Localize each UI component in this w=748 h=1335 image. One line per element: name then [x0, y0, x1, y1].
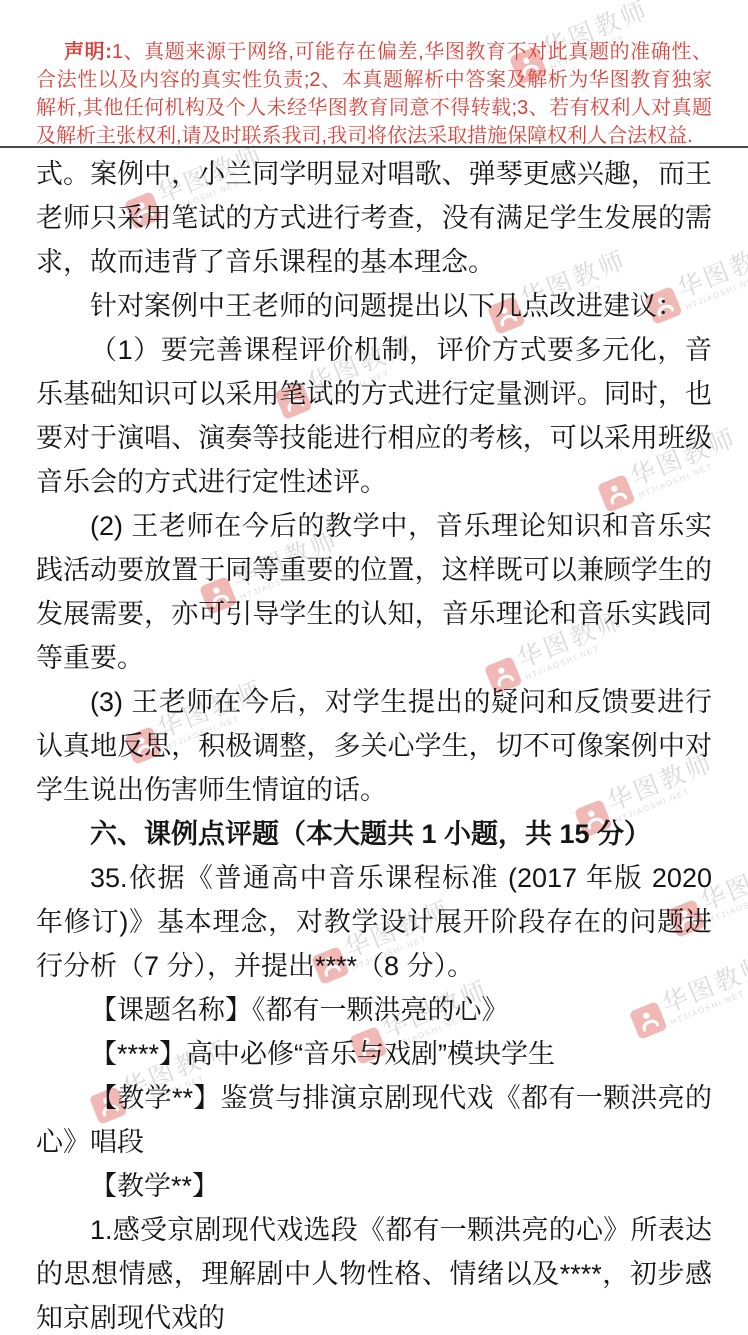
paragraph-lesson-title: 【课题名称】《都有一颗洪亮的心》: [36, 988, 712, 1032]
paragraph-case-analysis: 式。案例中，小兰同学明显对唱歌、弹琴更感兴趣，而王老师只采用笔试的方式进行考查，…: [36, 152, 712, 284]
divider-line: [0, 146, 748, 148]
watermark-subtext: HTJIAOSHI.NET: [707, 876, 748, 925]
paragraph-teaching-label: 【教学**】: [36, 1164, 712, 1208]
paragraph-suggestion-3: (3) 王老师在今后，对学生提出的疑问和反馈要进行认真地反思，积极调整，多关心学…: [36, 680, 712, 812]
paragraph-suggestion-2: (2) 王老师在今后的教学中，音乐理论知识和音乐实践活动要放置于同等重要的位置，…: [36, 504, 712, 680]
paragraph-suggestions-intro: 针对案例中王老师的问题提出以下几点改进建议：: [36, 284, 712, 328]
paragraph-question-35: 35.依据《普通高中音乐课程标准 (2017 年版 2020 年修订)》基本理念…: [36, 856, 712, 988]
paragraph-objective-1: 1.感受京剧现代戏选段《都有一颗洪亮的心》所表达的思想情感，理解剧中人物性格、情…: [36, 1208, 712, 1335]
disclaimer-label: 声明:: [64, 41, 112, 63]
disclaimer-text: 1、真题来源于网络,可能存在偏差,华图教育不对此真题的准确性、合法性以及内容的真…: [36, 41, 712, 147]
paragraph-teaching-content: 【教学**】鉴赏与排演京剧现代戏《都有一颗洪亮的心》唱段: [36, 1076, 712, 1164]
section-heading: 六、课例点评题（本大题共 1 小题，共 15 分）: [36, 812, 712, 856]
document-body: 式。案例中，小兰同学明显对唱歌、弹琴更感兴趣，而王老师只采用笔试的方式进行考查，…: [36, 152, 712, 1335]
document-page: 华图教师 HTJIAOSHI.NET 华图教师 HTJIAOSHI.NET: [0, 0, 748, 1335]
disclaimer: 声明:1、真题来源于网络,可能存在偏差,华图教育不对此真题的准确性、合法性以及内…: [36, 38, 712, 150]
paragraph-lesson-target: 【****】高中必修“音乐与戏剧”模块学生: [36, 1032, 712, 1076]
paragraph-suggestion-1: （1）要完善课程评价机制，评价方式要多元化，音乐基础知识可以采用笔试的方式进行定…: [36, 328, 712, 504]
